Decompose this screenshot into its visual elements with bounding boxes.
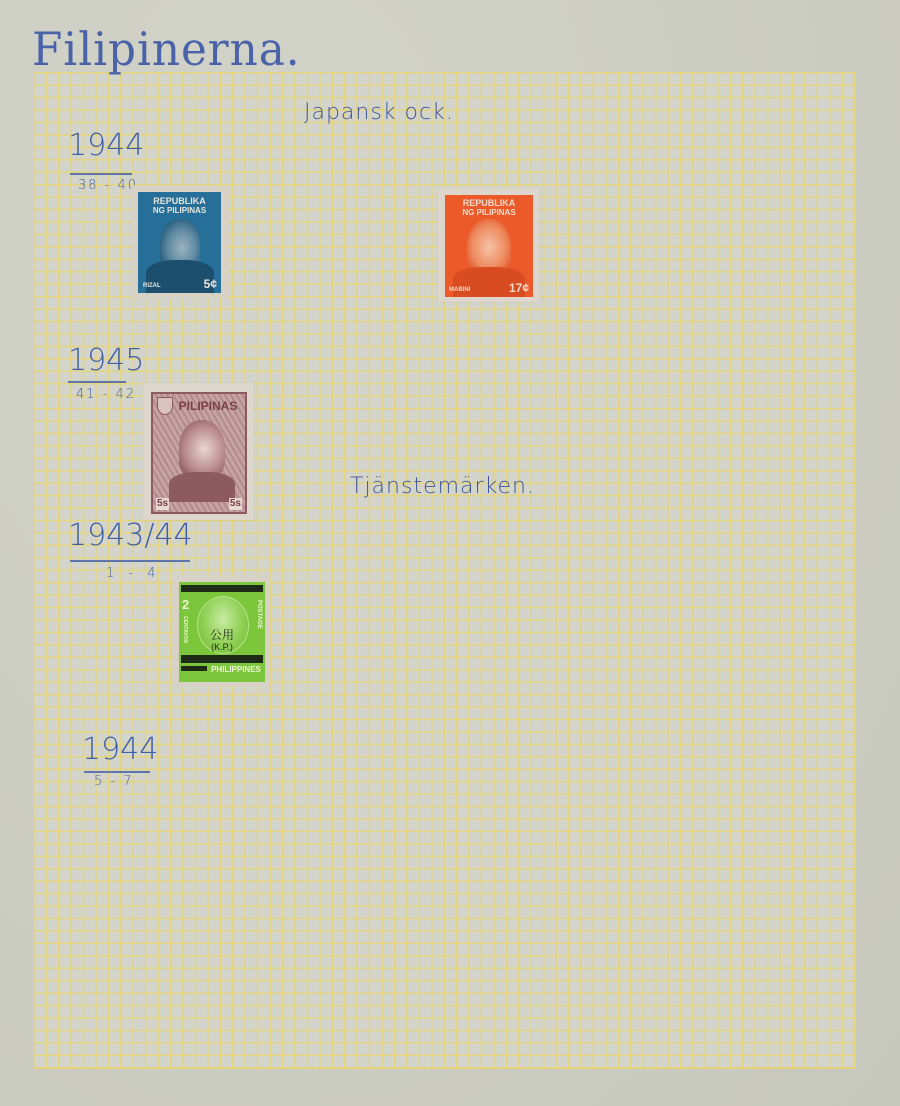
portrait-laurel [179, 420, 225, 478]
stamp-country: PHILIPPINES [207, 666, 265, 674]
stamp-country: REPUBLIKA [445, 199, 533, 208]
overprint-bar-bottom [181, 655, 263, 663]
stamp-design: REPUBLIKA NG PILIPINAS MABINI 17¢ [445, 195, 533, 297]
year-underline [70, 560, 190, 562]
stamp-laurel-5s[interactable]: PILIPINAS 5s 5s [143, 383, 254, 520]
overprint-kanji: 公用 [179, 629, 265, 641]
stamp-value: 2 [182, 598, 189, 611]
catalog-range: 1 - 4 [106, 566, 161, 581]
stamp-mabini-17c[interactable]: REPUBLIKA NG PILIPINAS MABINI 17¢ [438, 188, 539, 302]
year-label-1944: 1944 [68, 128, 144, 163]
year-label-1945: 1945 [68, 343, 144, 378]
coat-of-arms-icon [157, 397, 173, 415]
section-heading-occupation: Japansk ock. [304, 100, 454, 125]
portrait-shoulders [169, 472, 235, 502]
catalog-range: 5 - 7 [94, 774, 134, 789]
overprint-bar-top [181, 585, 263, 592]
stamp-country-sub: NG PILIPINAS [445, 209, 533, 217]
stamp-name: MABINI [449, 287, 470, 293]
year-underline [68, 381, 126, 383]
page-title: Filipinerna. [32, 22, 301, 76]
stamp-design: REPUBLIKA NG PILIPINAS RIZAL 5¢ [138, 192, 221, 293]
stamp-value: 5¢ [204, 278, 217, 290]
year-label-1944-official: 1944 [82, 732, 158, 767]
stamp-value-left: 5s [156, 498, 169, 510]
stamp-country: PILIPINAS [171, 400, 245, 412]
year-label-1943-44: 1943/44 [68, 518, 193, 553]
stamp-official-2c[interactable]: 2 CENTAVOS POSTAGE 公用 (K.P.) PHILIPPINES [174, 575, 270, 688]
stamp-design: PILIPINAS 5s 5s [151, 392, 247, 514]
stamp-country-sub: NG PILIPINAS [138, 207, 221, 215]
year-underline [84, 771, 150, 773]
album-page: Filipinerna. Japansk ock. 1944 38 - 40 R… [0, 0, 900, 1106]
year-underline [70, 173, 132, 175]
stamp-rizal-5c[interactable]: REPUBLIKA NG PILIPINAS RIZAL 5¢ [131, 185, 228, 300]
stamp-country: REPUBLIKA [138, 197, 221, 206]
stamp-value-right: 5s [229, 498, 242, 510]
catalog-range: 41 - 42 [76, 387, 136, 402]
stamp-value: 17¢ [509, 282, 529, 294]
catalog-range: 38 - 40 [78, 178, 138, 193]
section-heading-official: Tjänstemärken. [350, 474, 535, 499]
stamp-design: 2 CENTAVOS POSTAGE 公用 (K.P.) PHILIPPINES [179, 582, 265, 682]
stamp-side-right: POSTAGE [256, 600, 262, 629]
overprint-bar-short [181, 666, 207, 671]
overprint-kp: (K.P.) [179, 643, 265, 652]
stamp-name: RIZAL [143, 283, 161, 289]
